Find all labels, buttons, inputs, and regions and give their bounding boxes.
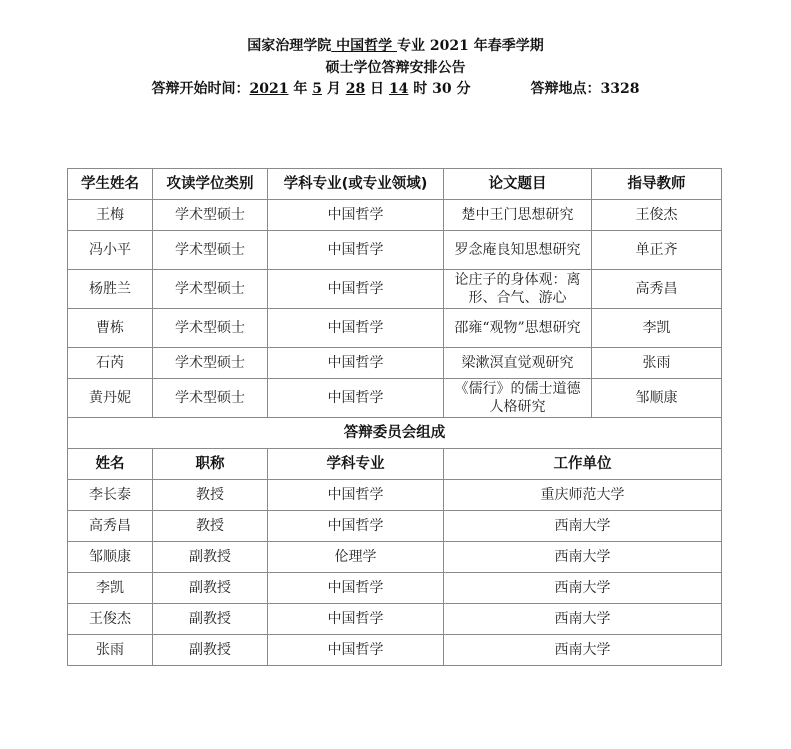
thesis-title: 《儒行》的儒士道德人格研究	[444, 379, 592, 418]
time-label: 答辩开始时间：	[151, 81, 249, 97]
committee-title: 答辩委员会组成	[68, 418, 722, 449]
member-name: 李长泰	[68, 480, 153, 511]
col-member-name: 姓名	[68, 449, 153, 480]
member-name: 张雨	[68, 635, 153, 666]
time-rest: 时 30 分	[408, 81, 470, 97]
degree-type: 学术型硕士	[153, 231, 268, 270]
member-name: 李凯	[68, 573, 153, 604]
committee-row: 高秀昌 教授 中国哲学 西南大学	[68, 511, 722, 542]
major: 中国哲学	[268, 348, 444, 379]
student-row: 石芮 学术型硕士 中国哲学 梁漱溟直觉观研究 张雨	[68, 348, 722, 379]
student-row: 王梅 学术型硕士 中国哲学 楚中王门思想研究 王俊杰	[68, 200, 722, 231]
defense-schedule-line: 答辩开始时间：2021 年 5 月 28 日 14 时 30 分答辩地点：332…	[0, 80, 791, 98]
member-name: 高秀昌	[68, 511, 153, 542]
year-value: 2021	[249, 81, 288, 97]
committee-header-row: 姓名 职称 学科专业 工作单位	[68, 449, 722, 480]
advisor: 李凯	[592, 309, 722, 348]
member-unit: 西南大学	[444, 511, 722, 542]
degree-type: 学术型硕士	[153, 309, 268, 348]
day-unit: 日	[365, 81, 389, 97]
hour-value: 14	[389, 81, 408, 97]
major-name: 中国哲学	[331, 38, 397, 54]
thesis-title: 梁漱溟直觉观研究	[444, 348, 592, 379]
col-member-unit: 工作单位	[444, 449, 722, 480]
place-value: 3328	[601, 81, 640, 97]
member-unit: 重庆师范大学	[444, 480, 722, 511]
committee-row: 李凯 副教授 中国哲学 西南大学	[68, 573, 722, 604]
major: 中国哲学	[268, 379, 444, 418]
committee-row: 李长泰 教授 中国哲学 重庆师范大学	[68, 480, 722, 511]
col-thesis-title: 论文题目	[444, 169, 592, 200]
defense-schedule-table: 学生姓名 攻读学位类别 学科专业(或专业领域) 论文题目 指导教师 王梅 学术型…	[67, 168, 722, 666]
member-title: 副教授	[153, 573, 268, 604]
col-student-name: 学生姓名	[68, 169, 153, 200]
month-unit: 月	[322, 81, 346, 97]
degree-type: 学术型硕士	[153, 379, 268, 418]
advisor: 高秀昌	[592, 270, 722, 309]
member-major: 伦理学	[268, 542, 444, 573]
student-row: 曹栋 学术型硕士 中国哲学 邵雍“观物”思想研究 李凯	[68, 309, 722, 348]
students-header-row: 学生姓名 攻读学位类别 学科专业(或专业领域) 论文题目 指导教师	[68, 169, 722, 200]
notice-title-line2: 硕士学位答辩安排公告	[0, 59, 791, 77]
member-unit: 西南大学	[444, 542, 722, 573]
member-major: 中国哲学	[268, 604, 444, 635]
student-name: 王梅	[68, 200, 153, 231]
degree-type: 学术型硕士	[153, 348, 268, 379]
advisor: 张雨	[592, 348, 722, 379]
thesis-title: 邵雍“观物”思想研究	[444, 309, 592, 348]
member-title: 副教授	[153, 604, 268, 635]
major: 中国哲学	[268, 200, 444, 231]
student-name: 杨胜兰	[68, 270, 153, 309]
member-unit: 西南大学	[444, 573, 722, 604]
place-label: 答辩地点：	[531, 81, 601, 97]
col-major: 学科专业(或专业领域)	[268, 169, 444, 200]
student-name: 石芮	[68, 348, 153, 379]
major: 中国哲学	[268, 309, 444, 348]
degree-type: 学术型硕士	[153, 270, 268, 309]
committee-row: 王俊杰 副教授 中国哲学 西南大学	[68, 604, 722, 635]
student-name: 曹栋	[68, 309, 153, 348]
student-row: 黄丹妮 学术型硕士 中国哲学 《儒行》的儒士道德人格研究 邹顺康	[68, 379, 722, 418]
term-text: 专业 2021 年春季学期	[397, 38, 544, 54]
student-name: 黄丹妮	[68, 379, 153, 418]
thesis-title: 论庄子的身体观：离形、合气、游心	[444, 270, 592, 309]
member-unit: 西南大学	[444, 635, 722, 666]
member-title: 副教授	[153, 635, 268, 666]
member-major: 中国哲学	[268, 511, 444, 542]
committee-title-row: 答辩委员会组成	[68, 418, 722, 449]
day-value: 28	[346, 81, 365, 97]
year-unit: 年	[288, 81, 312, 97]
committee-row: 邹顺康 副教授 伦理学 西南大学	[68, 542, 722, 573]
institute-name: 国家治理学院	[247, 38, 331, 54]
member-unit: 西南大学	[444, 604, 722, 635]
student-row: 杨胜兰 学术型硕士 中国哲学 论庄子的身体观：离形、合气、游心 高秀昌	[68, 270, 722, 309]
member-major: 中国哲学	[268, 573, 444, 604]
member-major: 中国哲学	[268, 635, 444, 666]
member-name: 邹顺康	[68, 542, 153, 573]
thesis-title: 罗念庵良知思想研究	[444, 231, 592, 270]
advisor: 王俊杰	[592, 200, 722, 231]
member-title: 教授	[153, 480, 268, 511]
col-degree-type: 攻读学位类别	[153, 169, 268, 200]
col-member-major: 学科专业	[268, 449, 444, 480]
advisor: 邹顺康	[592, 379, 722, 418]
member-name: 王俊杰	[68, 604, 153, 635]
major: 中国哲学	[268, 270, 444, 309]
student-name: 冯小平	[68, 231, 153, 270]
committee-row: 张雨 副教授 中国哲学 西南大学	[68, 635, 722, 666]
degree-type: 学术型硕士	[153, 200, 268, 231]
notice-title-line1: 国家治理学院 中国哲学 专业 2021 年春季学期	[0, 37, 791, 55]
col-advisor: 指导教师	[592, 169, 722, 200]
col-member-title: 职称	[153, 449, 268, 480]
month-value: 5	[312, 81, 322, 97]
student-row: 冯小平 学术型硕士 中国哲学 罗念庵良知思想研究 单正齐	[68, 231, 722, 270]
member-major: 中国哲学	[268, 480, 444, 511]
thesis-title: 楚中王门思想研究	[444, 200, 592, 231]
major: 中国哲学	[268, 231, 444, 270]
advisor: 单正齐	[592, 231, 722, 270]
member-title: 教授	[153, 511, 268, 542]
member-title: 副教授	[153, 542, 268, 573]
